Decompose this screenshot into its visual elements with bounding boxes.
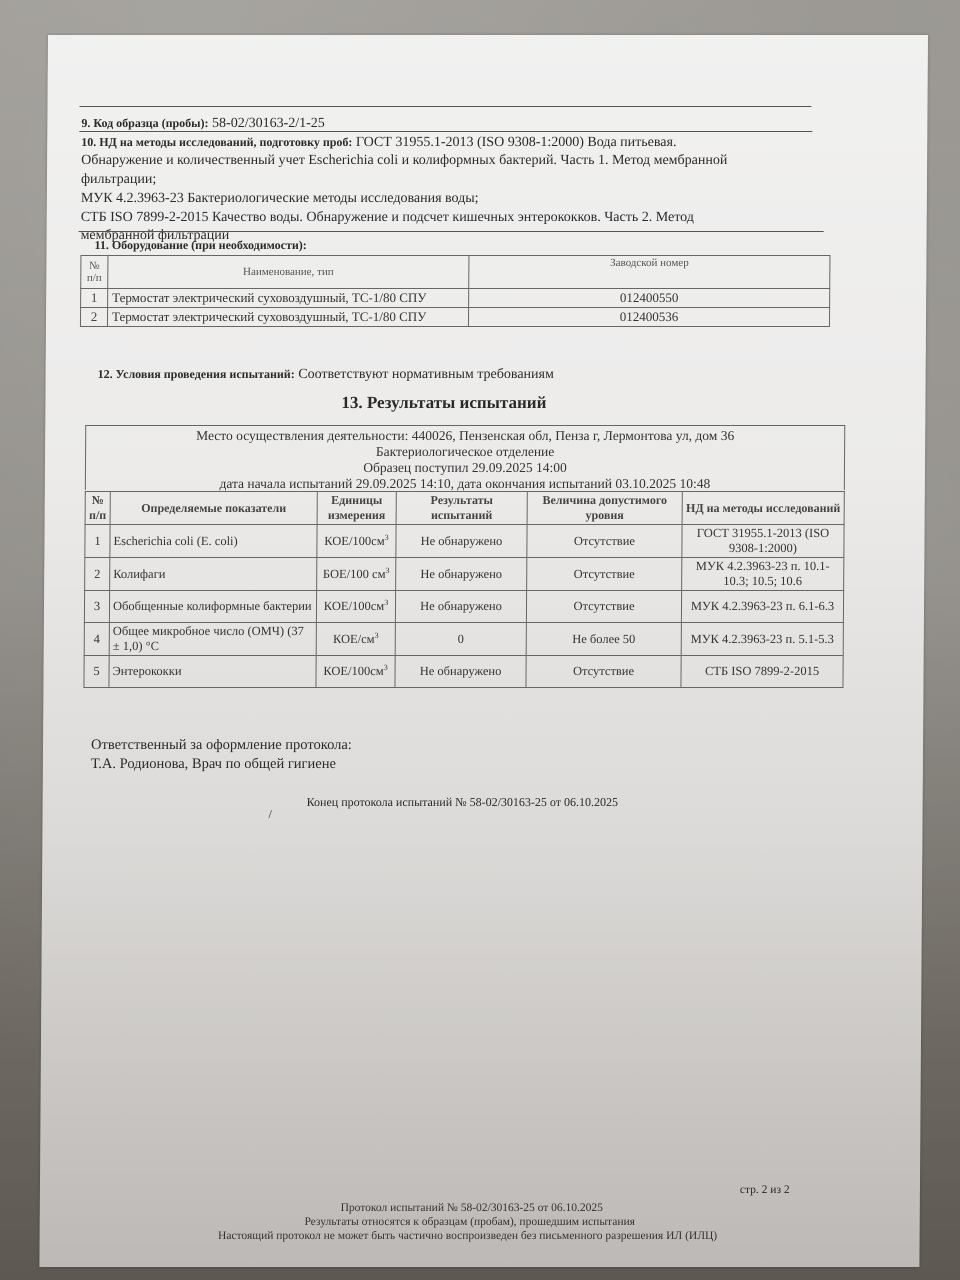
allowed-limit: Отсутствие	[526, 591, 681, 623]
indicator: Escherichia coli (E. coli)	[110, 525, 317, 558]
indicator-text: Энтерококки	[113, 664, 182, 678]
section-10-line-2: Обнаружение и количественный учет Escher…	[81, 152, 727, 170]
table-row: 1Escherichia coli (E. coli)КОЕ/100см3Не …	[85, 525, 844, 558]
allowed-limit-text: Отсутствие	[574, 534, 635, 548]
unit: БОЕ/100 см3	[317, 558, 396, 591]
method-reference: МУК 4.2.3963-23 п. 5.1-5.3	[681, 623, 843, 656]
unit-exponent: 3	[384, 598, 388, 607]
result-text: Не обнаружено	[420, 664, 502, 678]
serial-number: 012400536	[468, 308, 829, 327]
result: Не обнаружено	[396, 558, 527, 591]
method-reference: ГОСТ 31955.1-2013 (ISO 9308-1:2000)	[682, 525, 844, 558]
allowed-limit-text: Отсутствие	[573, 664, 634, 678]
col-result: Результаты испытаний	[396, 492, 527, 525]
unit-text: КОЕ/100см	[324, 599, 384, 613]
section-12: 12. Условия проведения испытаний: Соотве…	[98, 365, 554, 384]
allowed-limit: Отсутствие	[527, 525, 682, 558]
unit-text: КОЕ/100см	[323, 664, 383, 678]
row-num: 1	[85, 525, 110, 558]
method-reference: МУК 4.2.3963-23 п. 10.1-10.3; 10.5; 10.6	[682, 558, 844, 591]
col-serial: Заводской номер	[469, 256, 830, 289]
row-num: 5	[84, 656, 109, 688]
allowed-limit-text: Отсутствие	[573, 599, 634, 613]
result: 0	[395, 623, 526, 656]
row-num-text: 1	[94, 534, 100, 548]
table-row: 4Общее микробное число (ОМЧ) (37 ± 1,0) …	[84, 623, 843, 656]
unit: КОЕ/см3	[316, 623, 395, 656]
col-limit: Величина допустимого уровня	[527, 492, 682, 525]
col-method: НД на методы исследований	[682, 492, 844, 525]
method-reference-text: МУК 4.2.3963-23 п. 5.1-5.3	[691, 632, 834, 646]
table-row: 1 Термостат электрический суховоздушный,…	[81, 289, 830, 308]
result: Не обнаружено	[395, 591, 526, 623]
sample-code-label: 9. Код образца (пробы):	[81, 116, 208, 130]
row-num: 4	[84, 623, 109, 656]
signature-mark: /	[268, 805, 271, 823]
indicator-text: Обобщенные колиформные бактерии	[113, 599, 312, 613]
indicator: Обобщенные колиформные бактерии	[109, 591, 316, 623]
divider	[79, 106, 811, 107]
method-reference-text: МУК 4.2.3963-23 п. 6.1-6.3	[691, 599, 834, 613]
method-reference-text: МУК 4.2.3963-23 п. 10.1-10.3; 10.5; 10.6	[696, 559, 830, 588]
table-row: 5ЭнтерококкиКОЕ/100см3Не обнаруженоОтсут…	[84, 656, 843, 688]
divider	[79, 231, 824, 232]
col-unit: Единицы измерения	[317, 492, 396, 525]
table-row: 2КолифагиБОЕ/100 см3Не обнаруженоОтсутст…	[85, 558, 844, 591]
serial-number: 012400550	[469, 289, 830, 308]
equipment-header-row: № п/п Наименование, тип Заводской номер	[81, 256, 830, 289]
equipment-name: Термостат электрический суховоздушный, Т…	[107, 308, 468, 327]
test-dates: дата начала испытаний 29.09.2025 14:10, …	[86, 476, 844, 492]
unit-exponent: 3	[385, 532, 389, 541]
allowed-limit: Отсутствие	[527, 558, 682, 591]
method-reference: СТБ ISO 7899-2-2015	[681, 656, 843, 688]
method-reference-text: СТБ ISO 7899-2-2015	[705, 664, 819, 678]
row-num: 2	[80, 308, 107, 327]
unit-exponent: 3	[386, 565, 390, 574]
results-title: 13. Результаты испытаний	[341, 393, 546, 413]
allowed-limit-text: Не более 50	[572, 632, 635, 646]
row-num: 2	[85, 558, 110, 591]
section-10-line-1: 10. НД на методы исследований, подготовк…	[81, 133, 676, 152]
unit-text: КОЕ/см	[333, 632, 375, 646]
result-text: 0	[458, 632, 464, 646]
page-number: стр. 2 из 2	[740, 1181, 790, 1199]
row-num: 1	[81, 289, 108, 308]
unit: КОЕ/100см3	[316, 656, 395, 688]
col-num: № п/п	[85, 492, 110, 525]
unit-text: БОЕ/100 см	[323, 567, 386, 581]
col-name: Наименование, тип	[108, 256, 469, 289]
conditions-label: 12. Условия проведения испытаний:	[98, 367, 295, 381]
indicator-text: Escherichia coli (E. coli)	[113, 534, 237, 548]
table-row: 3Обобщенные колиформные бактерииКОЕ/100с…	[84, 591, 843, 623]
footer-protocol: Протокол испытаний № 58-02/30163-25 от 0…	[32, 1201, 912, 1215]
section-10-line-5: СТБ ISO 7899-2-2015 Качество воды. Обнар…	[81, 209, 694, 227]
indicator-text: Колифаги	[113, 567, 165, 581]
method-reference: МУК 4.2.3963-23 п. 6.1-6.3	[681, 591, 843, 623]
section-10-line-3: фильтрации;	[81, 171, 156, 189]
allowed-limit: Не более 50	[526, 623, 681, 656]
results-table: № п/п Определяемые показатели Единицы из…	[83, 491, 844, 688]
sample-received: Образец поступил 29.09.2025 14:00	[86, 460, 844, 476]
allowed-limit: Отсутствие	[526, 656, 681, 688]
unit: КОЕ/100см3	[317, 525, 396, 558]
footer-scope: Результаты относятся к образцам (пробам)…	[30, 1215, 910, 1229]
document-page: 9. Код образца (пробы): 58-02/30163-2/1-…	[39, 35, 928, 1267]
table-row: 2 Термостат электрический суховоздушный,…	[80, 308, 829, 327]
responsible-name: Т.А. Родионова, Врач по общей гигиене	[91, 755, 336, 773]
indicator: Общее микробное число (ОМЧ) (37 ± 1,0) °…	[109, 623, 316, 656]
equipment-label: 11. Оборудование (при необходимости):	[94, 236, 306, 254]
equipment-table: № п/п Наименование, тип Заводской номер …	[80, 255, 831, 327]
end-of-protocol: Конец протокола испытаний № 58-02/30163-…	[307, 793, 619, 811]
indicator: Колифаги	[110, 558, 317, 591]
result: Не обнаружено	[395, 656, 526, 688]
methods-label: 10. НД на методы исследований, подготовк…	[81, 135, 352, 149]
row-num-text: 4	[94, 632, 100, 646]
sample-code-value: 58-02/30163-2/1-25	[212, 116, 325, 131]
result: Не обнаружено	[396, 525, 527, 558]
col-num: № п/п	[81, 256, 108, 289]
result-text: Не обнаружено	[420, 599, 502, 613]
method-reference-text: ГОСТ 31955.1-2013 (ISO 9308-1:2000)	[697, 526, 830, 555]
conditions-value: Соответствуют нормативным требованиям	[298, 367, 554, 382]
indicator: Энтерококки	[109, 656, 316, 688]
result-text: Не обнаружено	[420, 567, 502, 581]
divider	[79, 131, 812, 132]
equipment-name: Термостат электрический суховоздушный, Т…	[108, 289, 469, 308]
methods-text: ГОСТ 31955.1-2013 (ISO 9308-1:2000) Вода…	[356, 135, 677, 150]
unit: КОЕ/100см3	[316, 591, 395, 623]
row-num: 3	[84, 591, 109, 623]
footer-copy-notice: Настоящий протокол не может быть частичн…	[28, 1229, 908, 1243]
allowed-limit-text: Отсутствие	[574, 567, 635, 581]
row-num-text: 2	[94, 567, 100, 581]
activity-location: Место осуществления деятельности: 440026…	[86, 428, 844, 444]
results-header-row: № п/п Определяемые показатели Единицы из…	[85, 492, 844, 525]
unit-exponent: 3	[384, 663, 388, 672]
result-text: Не обнаружено	[421, 534, 503, 548]
col-indicator: Определяемые показатели	[110, 492, 317, 525]
results-info-block: Место осуществления деятельности: 440026…	[85, 425, 845, 490]
unit-exponent: 3	[375, 630, 379, 639]
indicator-text: Общее микробное число (ОМЧ) (37 ± 1,0) °…	[113, 624, 304, 653]
section-10-line-4: МУК 4.2.3963-23 Бактериологические метод…	[81, 190, 479, 208]
department: Бактериологическое отделение	[86, 444, 844, 460]
row-num-text: 3	[94, 599, 100, 613]
row-num-text: 5	[93, 664, 99, 678]
responsible-label: Ответственный за оформление протокола:	[91, 736, 352, 754]
unit-text: КОЕ/100см	[324, 534, 384, 548]
